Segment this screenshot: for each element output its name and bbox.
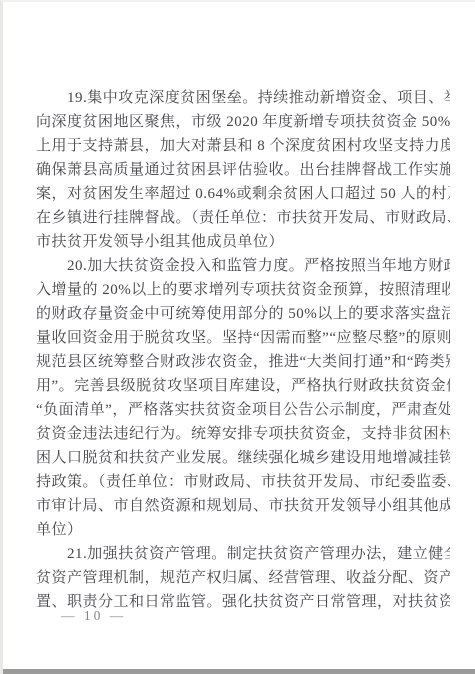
- text-line: 用”。完善县级脱贫攻坚项目库建设，严格执行财政扶贫资金使用: [36, 374, 450, 398]
- text-line: 21.加强扶贫资产管理。制定扶贫资产管理办法，建立健全扶: [36, 542, 450, 566]
- text-line: 20.加大扶贫资金投入和监管力度。严格按照当年地方财政收: [36, 254, 450, 278]
- text-line: 贫资金违法违纪行为。统筹安排专项扶贫资金，支持非贫困村贫: [36, 422, 450, 446]
- text-line: 贫资产管理机制，规范产权归属、经营管理、收益分配、资产处: [36, 566, 450, 590]
- document-page: 19.集中攻克深度贫困堡垒。持续推动新增资金、项目、举措 向深度贫困地区聚焦，市…: [0, 0, 475, 674]
- text-line: 单位）: [36, 518, 450, 542]
- text-line: 案，对贫困发生率超过 0.64%或剩余贫困人口超过 50 人的村及所: [36, 182, 450, 206]
- text-line: 入增量的 20%以上的要求增列专项扶贫资金预算，按照清理收回: [36, 278, 450, 302]
- text-line: 的财政存量资金中可统筹使用部分的 50%以上的要求落实盘活存: [36, 302, 450, 326]
- text-line: 在乡镇进行挂牌督战。（责任单位：市扶贫开发局、市财政局、: [36, 206, 450, 230]
- text-line: 持政策。（责任单位：市财政局、市扶贫开发局、市纪委监委、: [36, 470, 450, 494]
- text-line: 困人口脱贫和扶贫产业发展。继续强化城乡建设用地增减挂钩支: [36, 446, 450, 470]
- text-line: 市扶贫开发领导小组其他成员单位）: [36, 230, 450, 254]
- scan-bottom-edge: [3, 669, 475, 674]
- text-line: 向深度贫困地区聚焦，市级 2020 年度新增专项扶贫资金 50%以: [36, 110, 450, 134]
- document-body: 19.集中攻克深度贫困堡垒。持续推动新增资金、项目、举措 向深度贫困地区聚焦，市…: [36, 86, 450, 614]
- text-line: 上用于支持萧县，加大对萧县和 8 个深度贫困村攻坚支持力度，: [36, 134, 450, 158]
- text-line: 19.集中攻克深度贫困堡垒。持续推动新增资金、项目、举措: [36, 86, 450, 110]
- text-line: 量收回资金用于脱贫攻坚。坚持“因需而整”“应整尽整”的原则，: [36, 326, 450, 350]
- text-line: 规范县区统筹整合财政涉农资金，推进“大类间打通”和“跨类别使: [36, 350, 450, 374]
- text-line: “负面清单”，严格落实扶贫资金项目公告公示制度，严肃查处扶: [36, 398, 450, 422]
- text-line: 市审计局、市自然资源和规划局、市扶贫开发领导小组其他成员: [36, 494, 450, 518]
- page-number: — 10 —: [61, 608, 126, 624]
- text-line: 确保萧县高质量通过贫困县评估验收。出台挂牌督战工作实施方: [36, 158, 450, 182]
